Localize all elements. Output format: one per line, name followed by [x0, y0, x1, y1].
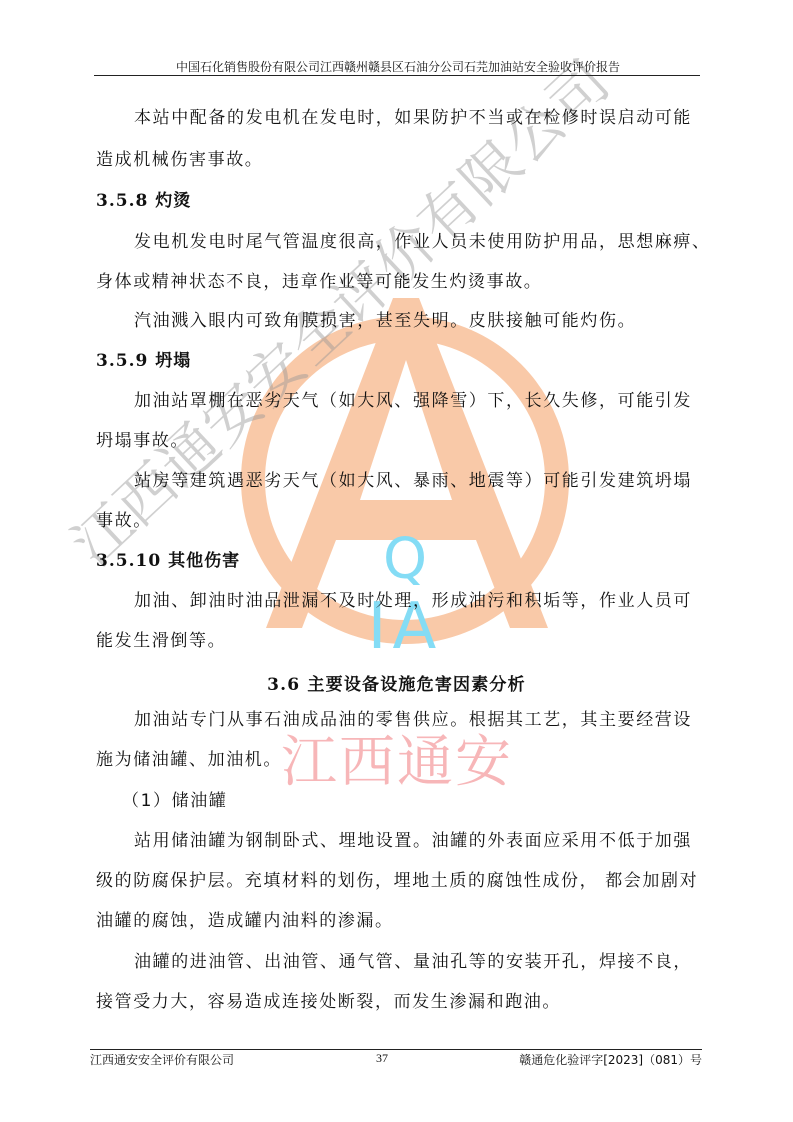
document-page: Q IA 江西通安 江西通安安全评价有限公司 中国石化销售股份有限公司江西赣州赣…	[0, 0, 793, 1122]
body-line: 加油站专门从事石油成品油的零售供应。根据其工艺，其主要经营设	[134, 710, 692, 730]
watermark-red-text: 江西通安	[281, 718, 513, 798]
page-header-title: 中国石化销售股份有限公司江西赣州赣县区石油分公司石芫加油站安全验收评价报告	[96, 58, 700, 75]
body-line: 本站中配备的发电机在发电时，如果防护不当或在检修时误启动可能	[134, 108, 692, 128]
body-line: 坍塌事故。	[96, 431, 189, 451]
body-line: 发电机发电时尾气管温度很高，作业人员未使用防护用品，思想麻痹、	[134, 232, 711, 252]
body-line: 接管受力大，容易造成连接处断裂，而发生渗漏和跑油。	[96, 992, 561, 1012]
footer-divider	[90, 1049, 702, 1050]
footer-doc-number: 赣通危化验评字[2023]（081）号	[519, 1051, 702, 1068]
body-line: 身体或精神状态不良，违章作业等可能发生灼烫事故。	[96, 272, 542, 292]
page-footer: 江西通安安全评价有限公司 37 赣通危化验评字[2023]（081）号	[90, 1051, 702, 1069]
body-line: 加油站罩棚在恶劣天气（如大风、强降雪）下，长久失修，可能引发	[134, 391, 692, 411]
body-line: 级的防腐保护层。充填材料的划伤，埋地土质的腐蚀性成份， 都会加剧对	[96, 871, 698, 891]
body-line: 油罐的进油管、出油管、通气管、量油孔等的安装开孔，焊接不良，	[134, 952, 692, 972]
body-line: 油罐的腐蚀，造成罐内油料的渗漏。	[96, 911, 394, 931]
body-line: 事故。	[96, 511, 152, 531]
section-title-3-6: 3.6 主要设备设施危害因素分析	[0, 670, 793, 695]
svg-text:Q: Q	[383, 527, 427, 592]
heading-3-5-8: 3.5.8 灼烫	[96, 191, 191, 211]
body-line: 站房等建筑遇恶劣天气（如大风、暴雨、地震等）可能引发建筑坍塌	[134, 471, 692, 491]
list-item-storage-tank: （1）储油罐	[122, 791, 227, 811]
footer-company: 江西通安安全评价有限公司	[90, 1051, 234, 1068]
heading-3-5-9: 3.5.9 坍塌	[96, 351, 191, 371]
header-divider	[94, 75, 700, 76]
body-line: 施为储油罐、加油机。	[96, 750, 282, 770]
body-line: 站用储油罐为钢制卧式、埋地设置。油罐的外表面应采用不低于加强	[134, 831, 692, 851]
body-line: 加油、卸油时油品泄漏不及时处理，形成油污和积垢等，作业人员可	[134, 591, 692, 611]
body-line: 汽油溅入眼内可致角膜损害，甚至失明。皮肤接触可能灼伤。	[134, 311, 636, 331]
body-line: 造成机械伤害事故。	[96, 150, 263, 170]
heading-3-5-10: 3.5.10 其他伤害	[96, 551, 240, 571]
page-number: 37	[376, 1051, 388, 1066]
body-line: 能发生滑倒等。	[96, 631, 226, 651]
